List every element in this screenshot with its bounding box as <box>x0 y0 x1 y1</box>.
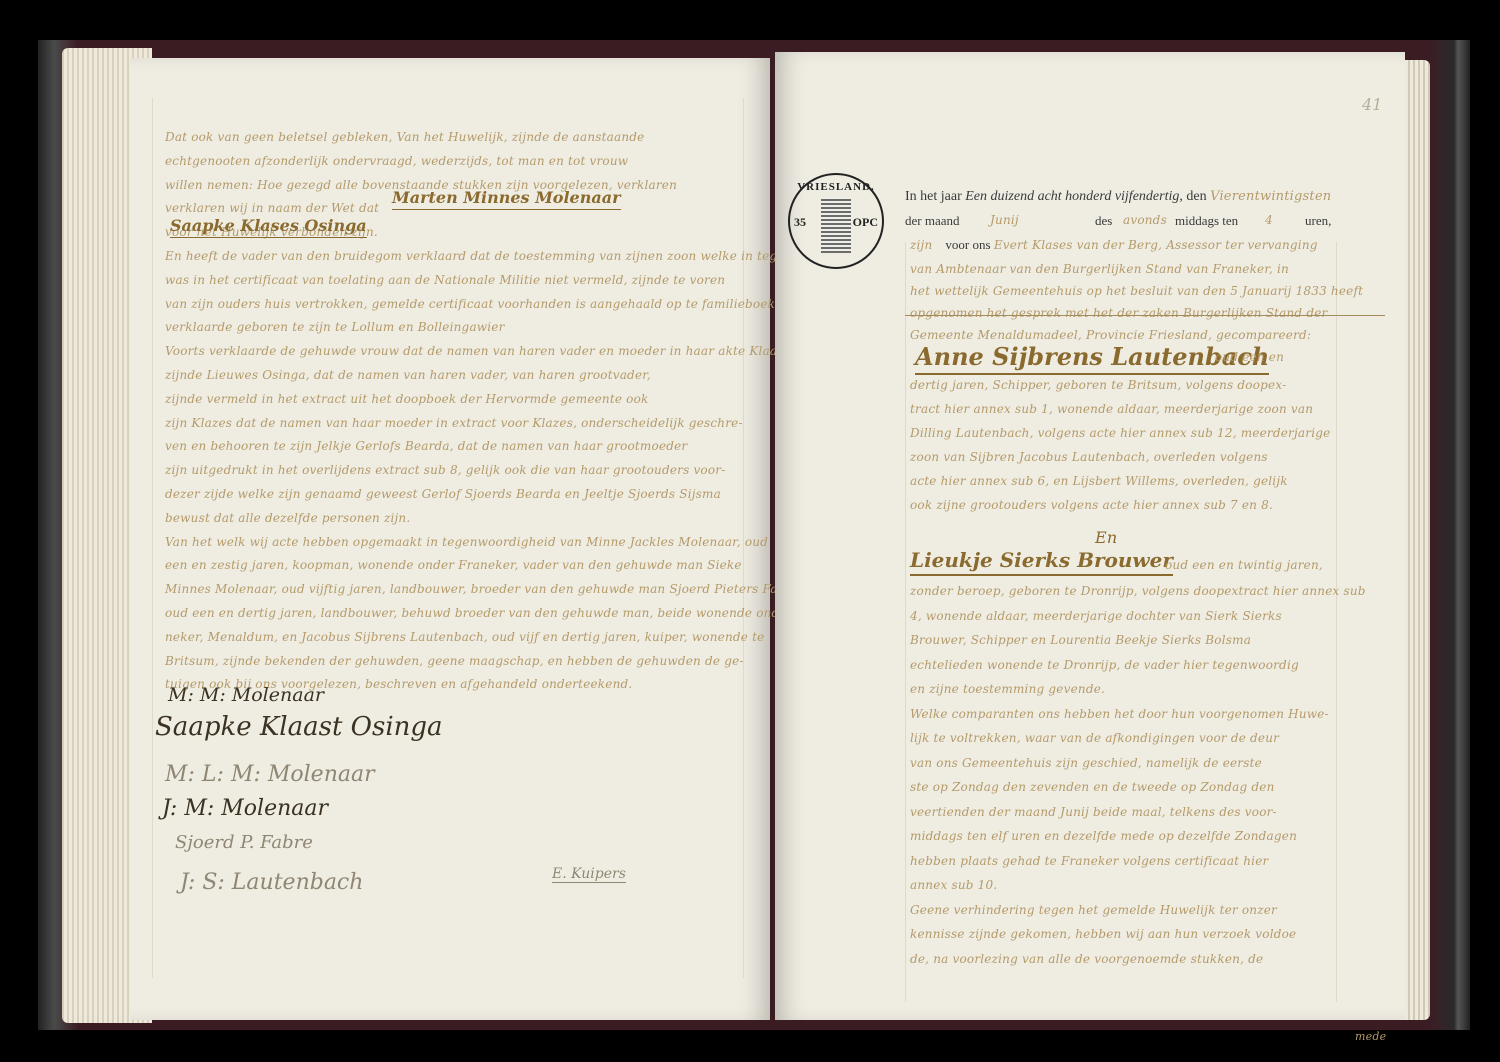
signature-3: M: L: M: Molenaar <box>165 762 375 787</box>
handwritten-line: verklaarde geboren te zijn te Lollum en … <box>165 320 505 334</box>
handwritten-line: zijn Klazes dat de namen van haar moeder… <box>165 416 743 430</box>
handwritten-line: Minnes Molenaar, oud vijftig jaren, land… <box>165 582 799 596</box>
folio-number: 41 <box>1362 95 1382 114</box>
handwritten-line: Britsum, zijnde bekenden der gehuwden, g… <box>165 654 744 668</box>
handwritten-line: opgenomen het gesprek met het der zaken … <box>910 306 1327 320</box>
handwritten-line: ste op Zondag den zevenden en de tweede … <box>910 780 1275 794</box>
stamp-province-text: VRIESLAND. <box>790 181 882 193</box>
handwritten-line: was in het certificaat van toelating aan… <box>165 273 725 287</box>
handwritten-line: bewust dat alle dezelfde personen zijn. <box>165 511 410 525</box>
signature-2: Saapke Klaast Osinga <box>155 712 443 742</box>
stamp-value: 35 <box>794 215 806 230</box>
connector-en: En <box>1095 528 1117 547</box>
groom-name-underlined: Marten Minnes Molenaar <box>392 188 621 210</box>
handwritten-line: het wettelijk Gemeentehuis op het beslui… <box>910 284 1363 298</box>
handwritten-line: oud een en dertig jaren, landbouwer, beh… <box>165 606 823 620</box>
handwritten-line: zijnde vermeld in het extract uit het do… <box>165 392 649 406</box>
handwritten-line: Van het welk wij acte hebben opgemaakt i… <box>165 535 768 549</box>
month-handwritten: Junij <box>990 213 1019 227</box>
catchword: mede <box>1355 1030 1386 1043</box>
bride-name-underlined: Saapke Klases Osinga <box>170 216 367 238</box>
handwritten-line: een en zestig jaren, koopman, wonende on… <box>165 558 742 572</box>
time-of-day-handwritten: avonds <box>1123 213 1167 227</box>
handwritten-line: zonder beroep, geboren te Dronrijp, volg… <box>910 584 1366 598</box>
handwritten-line: Voorts verklaarde de gehuwde vrouw dat d… <box>165 344 784 358</box>
handwritten-line: van ons Gemeentehuis zijn geschied, name… <box>910 756 1262 770</box>
handwritten-line: verklaren wij in naam der Wet dat <box>165 201 379 215</box>
handwritten-line: dertig jaren, Schipper, geboren te Brits… <box>910 378 1286 392</box>
handwritten-line: Dilling Lautenbach, volgens acte hier an… <box>910 426 1330 440</box>
handwritten-line: tract hier annex sub 1, wonende aldaar, … <box>910 402 1313 416</box>
handwritten-line: echtelieden wonende te Dronrijp, de vade… <box>910 658 1299 672</box>
signature-5: Sjoerd P. Fabre <box>175 832 313 853</box>
signature-1: M: M: Molenaar <box>168 684 324 706</box>
handwritten-line: zijn uitgedrukt in het overlijdens extra… <box>165 463 725 477</box>
printed-header-line-3: zijn voor ons Evert Klases van der Berg,… <box>910 237 1318 253</box>
day-handwritten: Vierentwintigsten <box>1210 189 1331 204</box>
handwritten-line: Brouwer, Schipper en Lourentia Beekje Si… <box>910 633 1251 647</box>
stamp-crest-icon <box>821 197 851 253</box>
book-cover-edge-right <box>1430 40 1470 1030</box>
tax-stamp: VRIESLAND. 35 OPC <box>788 173 884 269</box>
handwritten-line: de, na voorlezing van alle de voorgenoem… <box>910 952 1263 966</box>
handwritten-line: zijnde Lieuwes Osinga, dat de namen van … <box>165 368 651 382</box>
handwritten-line: lijk te voltrekken, waar van de afkondig… <box>910 731 1279 745</box>
handwritten-line: Gemeente Menaldumadeel, Provincie Friesl… <box>910 328 1311 342</box>
handwritten-line: Welke comparanten ons hebben het door hu… <box>910 707 1329 721</box>
handwritten-line: dezer zijde welke zijn genaamd geweest G… <box>165 487 721 501</box>
handwritten-line: Dat ook van geen beletsel gebleken, Van … <box>165 130 644 144</box>
handwritten-line: veertienden der maand Junij beide maal, … <box>910 805 1277 819</box>
hour-handwritten: 4 <box>1265 213 1273 227</box>
stamp-unit: OPC <box>853 215 878 230</box>
bride-name-heading: Lieukje Sierks Brouwer <box>910 548 1173 576</box>
handwritten-line: hebben plaats gehad te Franeker volgens … <box>910 854 1268 868</box>
printed-header-line-1: In het jaar Een duizend acht honderd vij… <box>905 189 1331 205</box>
handwritten-line: annex sub 10. <box>910 878 997 892</box>
handwritten-line: kennisse zijnde gekomen, hebben wij aan … <box>910 927 1296 941</box>
handwritten-line: en zijne toestemming gevende. <box>910 682 1105 696</box>
printed-header-line-2: der maand Junij des avonds middags ten 4… <box>905 213 1395 229</box>
handwritten-line: neker, Menaldum, en Jacobus Sijbrens Lau… <box>165 630 764 644</box>
handwritten-line: middags ten elf uren en dezelfde mede op… <box>910 829 1297 843</box>
handwritten-line: Geene verhindering tegen het gemelde Huw… <box>910 903 1277 917</box>
handwritten-line: En heeft de vader van den bruidegom verk… <box>165 249 797 263</box>
handwritten-line: van zijn ouders huis vertrokken, gemelde… <box>165 297 790 311</box>
registrar-signature: E. Kuipers <box>552 866 626 883</box>
handwritten-line: echtgenooten afzonderlijk ondervraagd, w… <box>165 154 628 168</box>
handwritten-line: ook zijne grootouders volgens acte hier … <box>910 498 1273 512</box>
handwritten-line: van Ambtenaar van den Burgerlijken Stand… <box>910 262 1289 276</box>
handwritten-line: ven en behooren te zijn Jelkje Gerlofs B… <box>165 439 687 453</box>
divider-line <box>905 315 1385 316</box>
handwritten-line: acte hier annex sub 6, en Lijsbert Wille… <box>910 474 1288 488</box>
handwritten-line: 4, wonende aldaar, meerderjarige dochter… <box>910 609 1282 623</box>
signature-4: J: M: Molenaar <box>162 796 328 821</box>
signature-6: J: S: Lautenbach <box>180 870 363 895</box>
handwritten-line: zoon van Sijbren Jacobus Lautenbach, ove… <box>910 450 1268 464</box>
